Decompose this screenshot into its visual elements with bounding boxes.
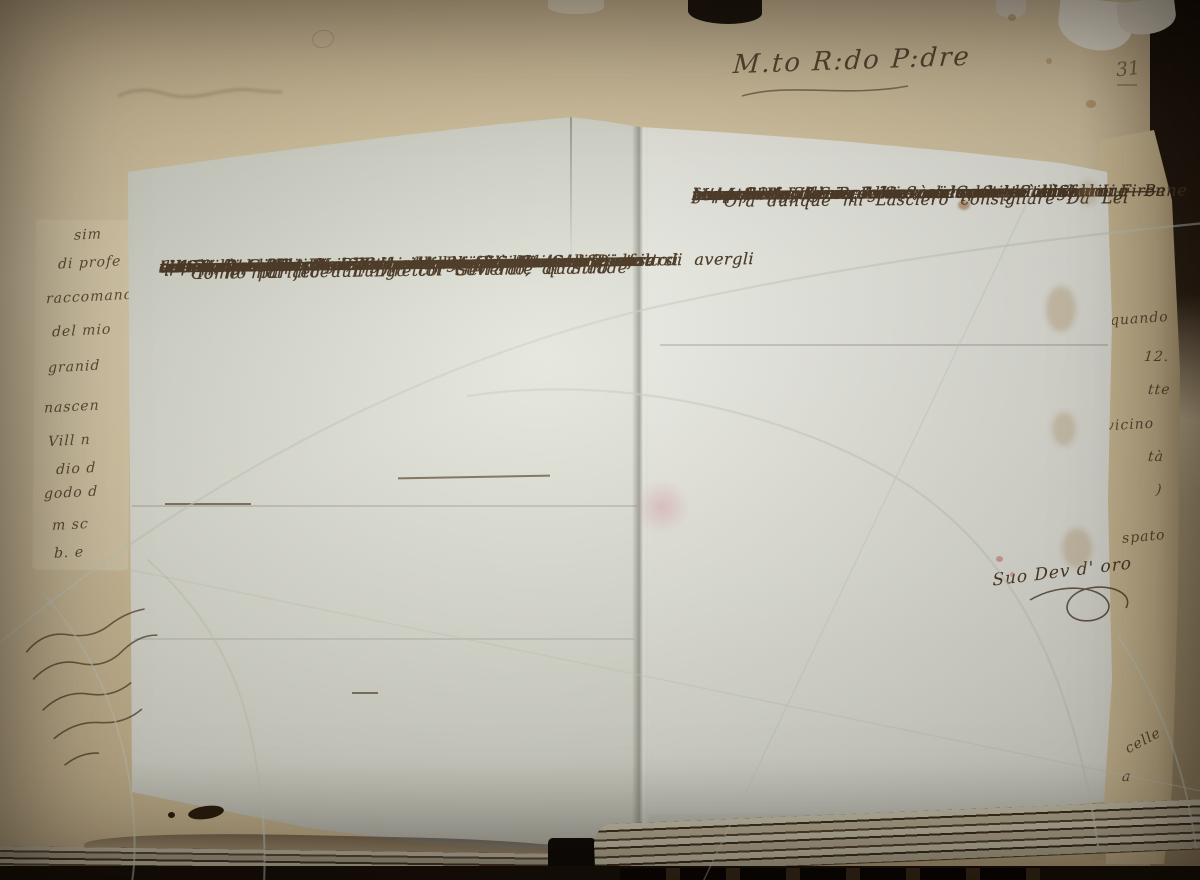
ink-strikethrough bbox=[352, 692, 378, 694]
bottom-dark-segments bbox=[620, 868, 1040, 880]
signature-flourish bbox=[0, 0, 1200, 880]
ink-underline bbox=[165, 503, 251, 505]
archival-letter-photograph: M.to R:do P:dre 31 sim di profe raccoman… bbox=[0, 0, 1200, 880]
